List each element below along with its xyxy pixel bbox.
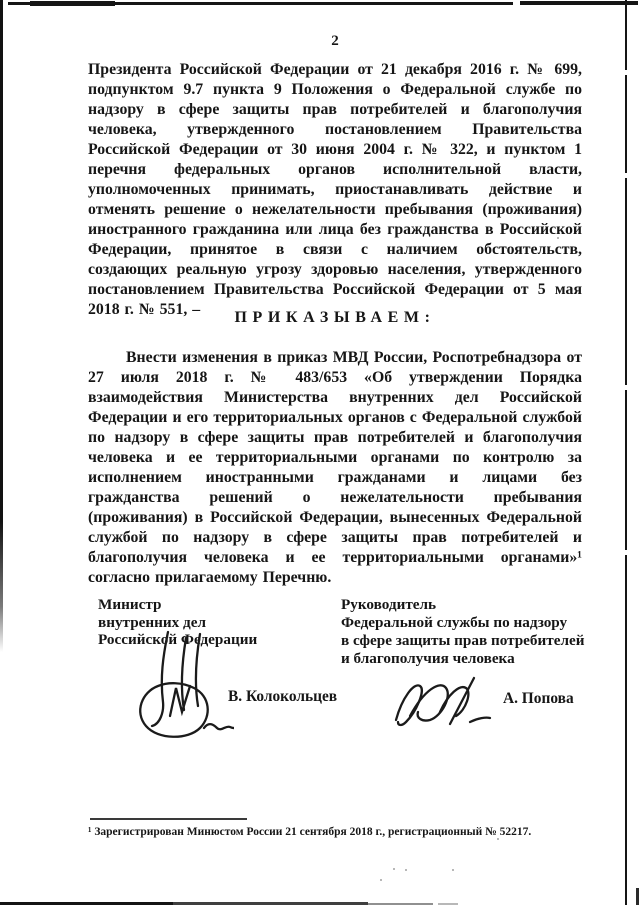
body-paragraph-preamble: Президента Российской Федерации от 21 де… [88, 60, 582, 320]
scan-border-top-right [520, 1, 638, 5]
document-page: 2 Президента Российской Федерации от 21 … [0, 0, 640, 905]
scan-speck [393, 868, 395, 870]
scan-border-top-blob [30, 1, 115, 6]
scan-border-gap [624, 385, 629, 390]
scan-speck [452, 869, 454, 871]
scan-speck [497, 838, 499, 840]
scan-speck [405, 869, 407, 871]
scan-border-left [0, 0, 3, 652]
signer-title-head-of-service: Руководитель Федеральной службы по надзо… [341, 596, 584, 668]
signer-name-popova: А. Попова [503, 690, 574, 708]
signer-title-line: в сфере защиты прав потребителей [341, 632, 584, 650]
decree-heading: ПРИКАЗЫВАЕМ: [88, 309, 582, 327]
scan-corner-mark [636, 888, 639, 905]
footnote-divider [90, 818, 247, 820]
scan-border-right [625, 0, 627, 905]
scan-border-gap [624, 70, 629, 75]
footnote-registration: ¹ Зарегистрирован Минюстом России 21 сен… [88, 826, 598, 838]
signer-title-line: Руководитель [341, 596, 584, 614]
signer-title-line: Федеральной службы по надзору [341, 614, 584, 632]
scan-speck [380, 879, 382, 881]
signer-title-line: Министр [98, 596, 257, 614]
signer-name-kolokoltsev: В. Колокольцев [228, 688, 337, 706]
scan-border-gap [624, 173, 629, 178]
signer-title-line: и благополучия человека [341, 650, 584, 668]
scan-border-gap [624, 550, 629, 555]
signature-popova-icon [390, 672, 492, 730]
body-paragraph-order: Внести изменения в приказ МВД России, Ро… [88, 348, 582, 588]
page-number: 2 [88, 33, 582, 50]
signature-kolokoltsev-icon [122, 628, 234, 740]
